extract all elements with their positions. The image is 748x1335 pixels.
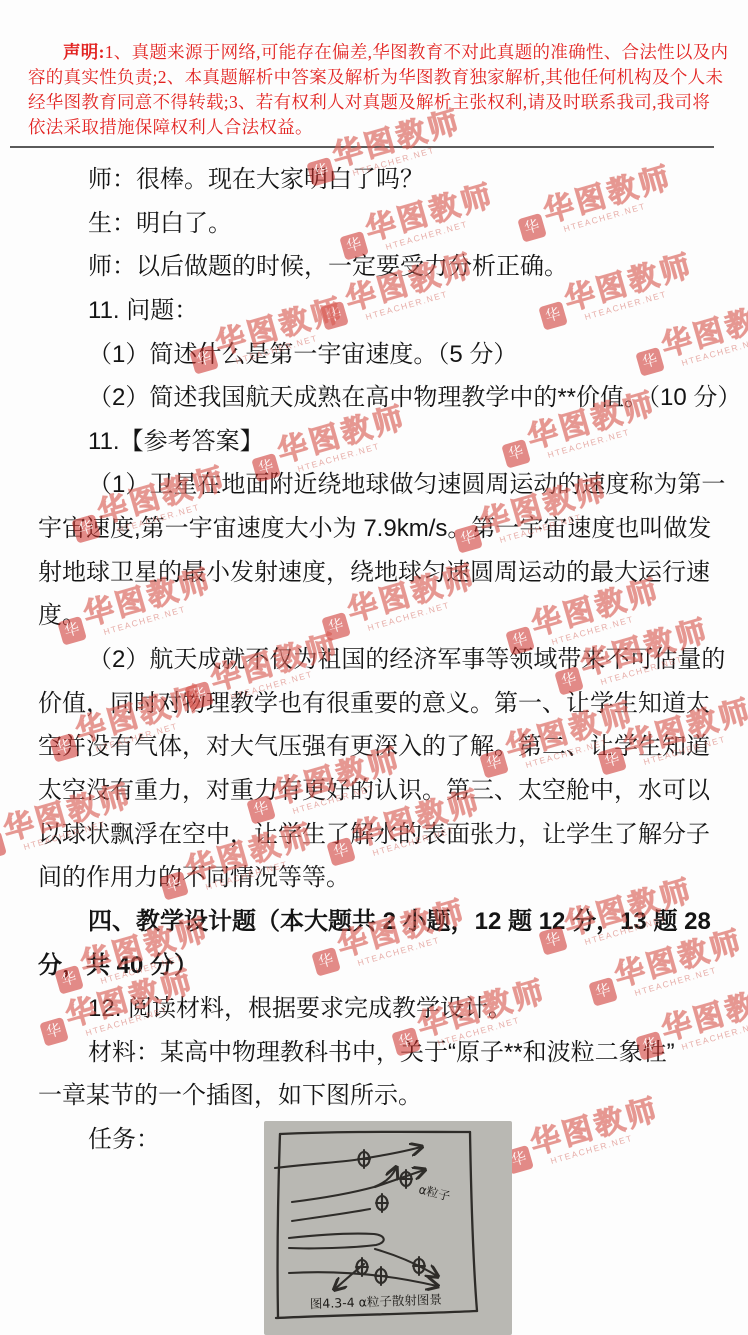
plus-circle-icon	[413, 1257, 425, 1275]
body-line: 师：很棒。现在大家明白了吗？	[38, 158, 714, 202]
sketch-frame-left	[278, 1134, 280, 1318]
body-line: 度。	[38, 594, 714, 638]
disclaimer: 声明:1、真题来源于网络,可能存在偏差,华图教育不对此真题的准确性、合法性以及内…	[28, 40, 722, 140]
body-lines: 师：很棒。现在大家明白了吗？生：明白了。师：以后做题的时候，一定要受力分析正确。…	[38, 158, 714, 1162]
disclaimer-line: 声明:1、真题来源于网络,可能存在偏差,华图教育不对此真题的准确性、合法性以及内	[28, 40, 722, 65]
body-line: 分，共 40 分）	[38, 944, 714, 988]
trajectory-backscatter-loop	[289, 1234, 384, 1249]
section-divider	[10, 146, 714, 148]
plus-circle-icon	[375, 1267, 387, 1285]
sketch-frame-right	[470, 1132, 477, 1311]
trajectory-top	[275, 1147, 421, 1168]
body-line: （2）航天成就不仅为祖国的经济军事等领域带来不可估量的	[38, 638, 714, 682]
disclaimer-line: 依法采取措施保障权利人合法权益。	[28, 115, 722, 140]
body-line: 以球状飘浮在空中，让学生了解水的表面张力，让学生了解分子	[38, 813, 714, 857]
disclaimer-line: 容的真实性负责;2、本真题解析中答案及解析为华图教育独家解析,其他任何机构及个人…	[28, 65, 722, 90]
body-line: 射地球卫星的最小发射速度，绕地球匀速圆周运动的最大运行速	[38, 551, 714, 595]
figure-photo: α粒子 图4.3-4 α粒子散射图景	[264, 1121, 512, 1335]
body-line: 师：以后做题的时候，一定要受力分析正确。	[38, 245, 714, 289]
figure-caption: 图4.3-4 α粒子散射图景	[310, 1292, 443, 1312]
body-line: 空并没有气体，对大气压强有更深入的了解。第二、让学生知道	[38, 725, 714, 769]
body-line: 一章某节的一个插图，如下图所示。	[38, 1074, 714, 1118]
beam-line	[292, 1209, 370, 1221]
document-page: 声明:1、真题来源于网络,可能存在偏差,华图教育不对此真题的准确性、合法性以及内…	[0, 0, 748, 1335]
body-line: （2）简述我国航天成熟在高中物理教学中的**价值。（10 分）	[38, 376, 714, 420]
body-line: 12. 阅读材料，根据要求完成教学设计。	[38, 987, 714, 1031]
body-line: 太空没有重力，对重力有更好的认识。第三、太空舱中，水可以	[38, 769, 714, 813]
disclaimer-line: 经华图教育同意不得转载;3、若有权利人对真题及解析主张权利,请及时联系我司,我司…	[28, 90, 722, 115]
alpha-scattering-sketch: α粒子 图4.3-4 α粒子散射图景	[264, 1121, 512, 1335]
body-line: 材料：某高中物理教科书中，关于“原子**和波粒二象性”	[38, 1031, 714, 1075]
disclaimer-label: 声明:	[63, 42, 105, 62]
plus-circle-icon	[400, 1170, 412, 1188]
plus-circle-icon	[358, 1150, 370, 1168]
plus-circle-icon	[376, 1194, 388, 1212]
body-line: （1）简述什么是第一宇宙速度。（5 分）	[38, 333, 714, 377]
body-line: 11.【参考答案】	[38, 420, 714, 464]
sketch-frame-top	[280, 1132, 470, 1134]
body-line: （1）卫星在地面附近绕地球做匀速圆周运动的速度称为第一	[38, 463, 714, 507]
body-line: 11. 问题：	[38, 289, 714, 333]
body-line: 宇宙速度,第一宇宙速度大小为 7.9km/s。第一宇宙速度也叫做发	[38, 507, 714, 551]
body-line: 四、教学设计题（本大题共 2 小题，12 题 12 分，13 题 28	[38, 900, 714, 944]
body-line: 生：明白了。	[38, 202, 714, 246]
body-line: 价值，同时对物理教学也有很重要的意义。第一、让学生知道太	[38, 682, 714, 726]
particle-label: α粒子	[417, 1181, 452, 1203]
huatu-logo-icon: 华	[0, 830, 7, 860]
body-line: 间的作用力的不同情况等等。	[38, 856, 714, 900]
sketch-frame-bottom	[276, 1311, 477, 1318]
